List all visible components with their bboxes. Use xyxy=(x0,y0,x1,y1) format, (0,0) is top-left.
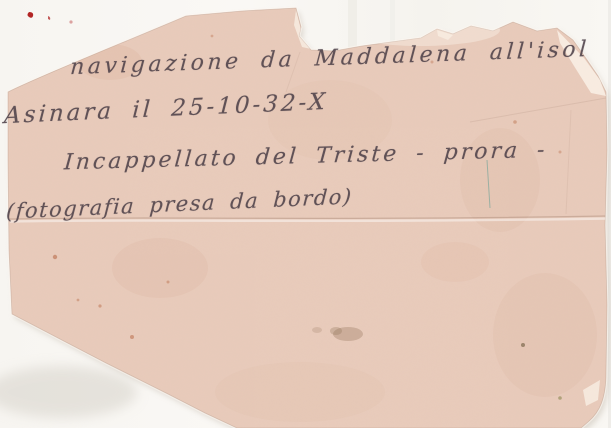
scanned-photo-back: navigazione da Maddalena all'isol Asinar… xyxy=(0,0,611,428)
red-ink-marks xyxy=(28,12,73,24)
bottom-left-shadow xyxy=(0,366,137,418)
